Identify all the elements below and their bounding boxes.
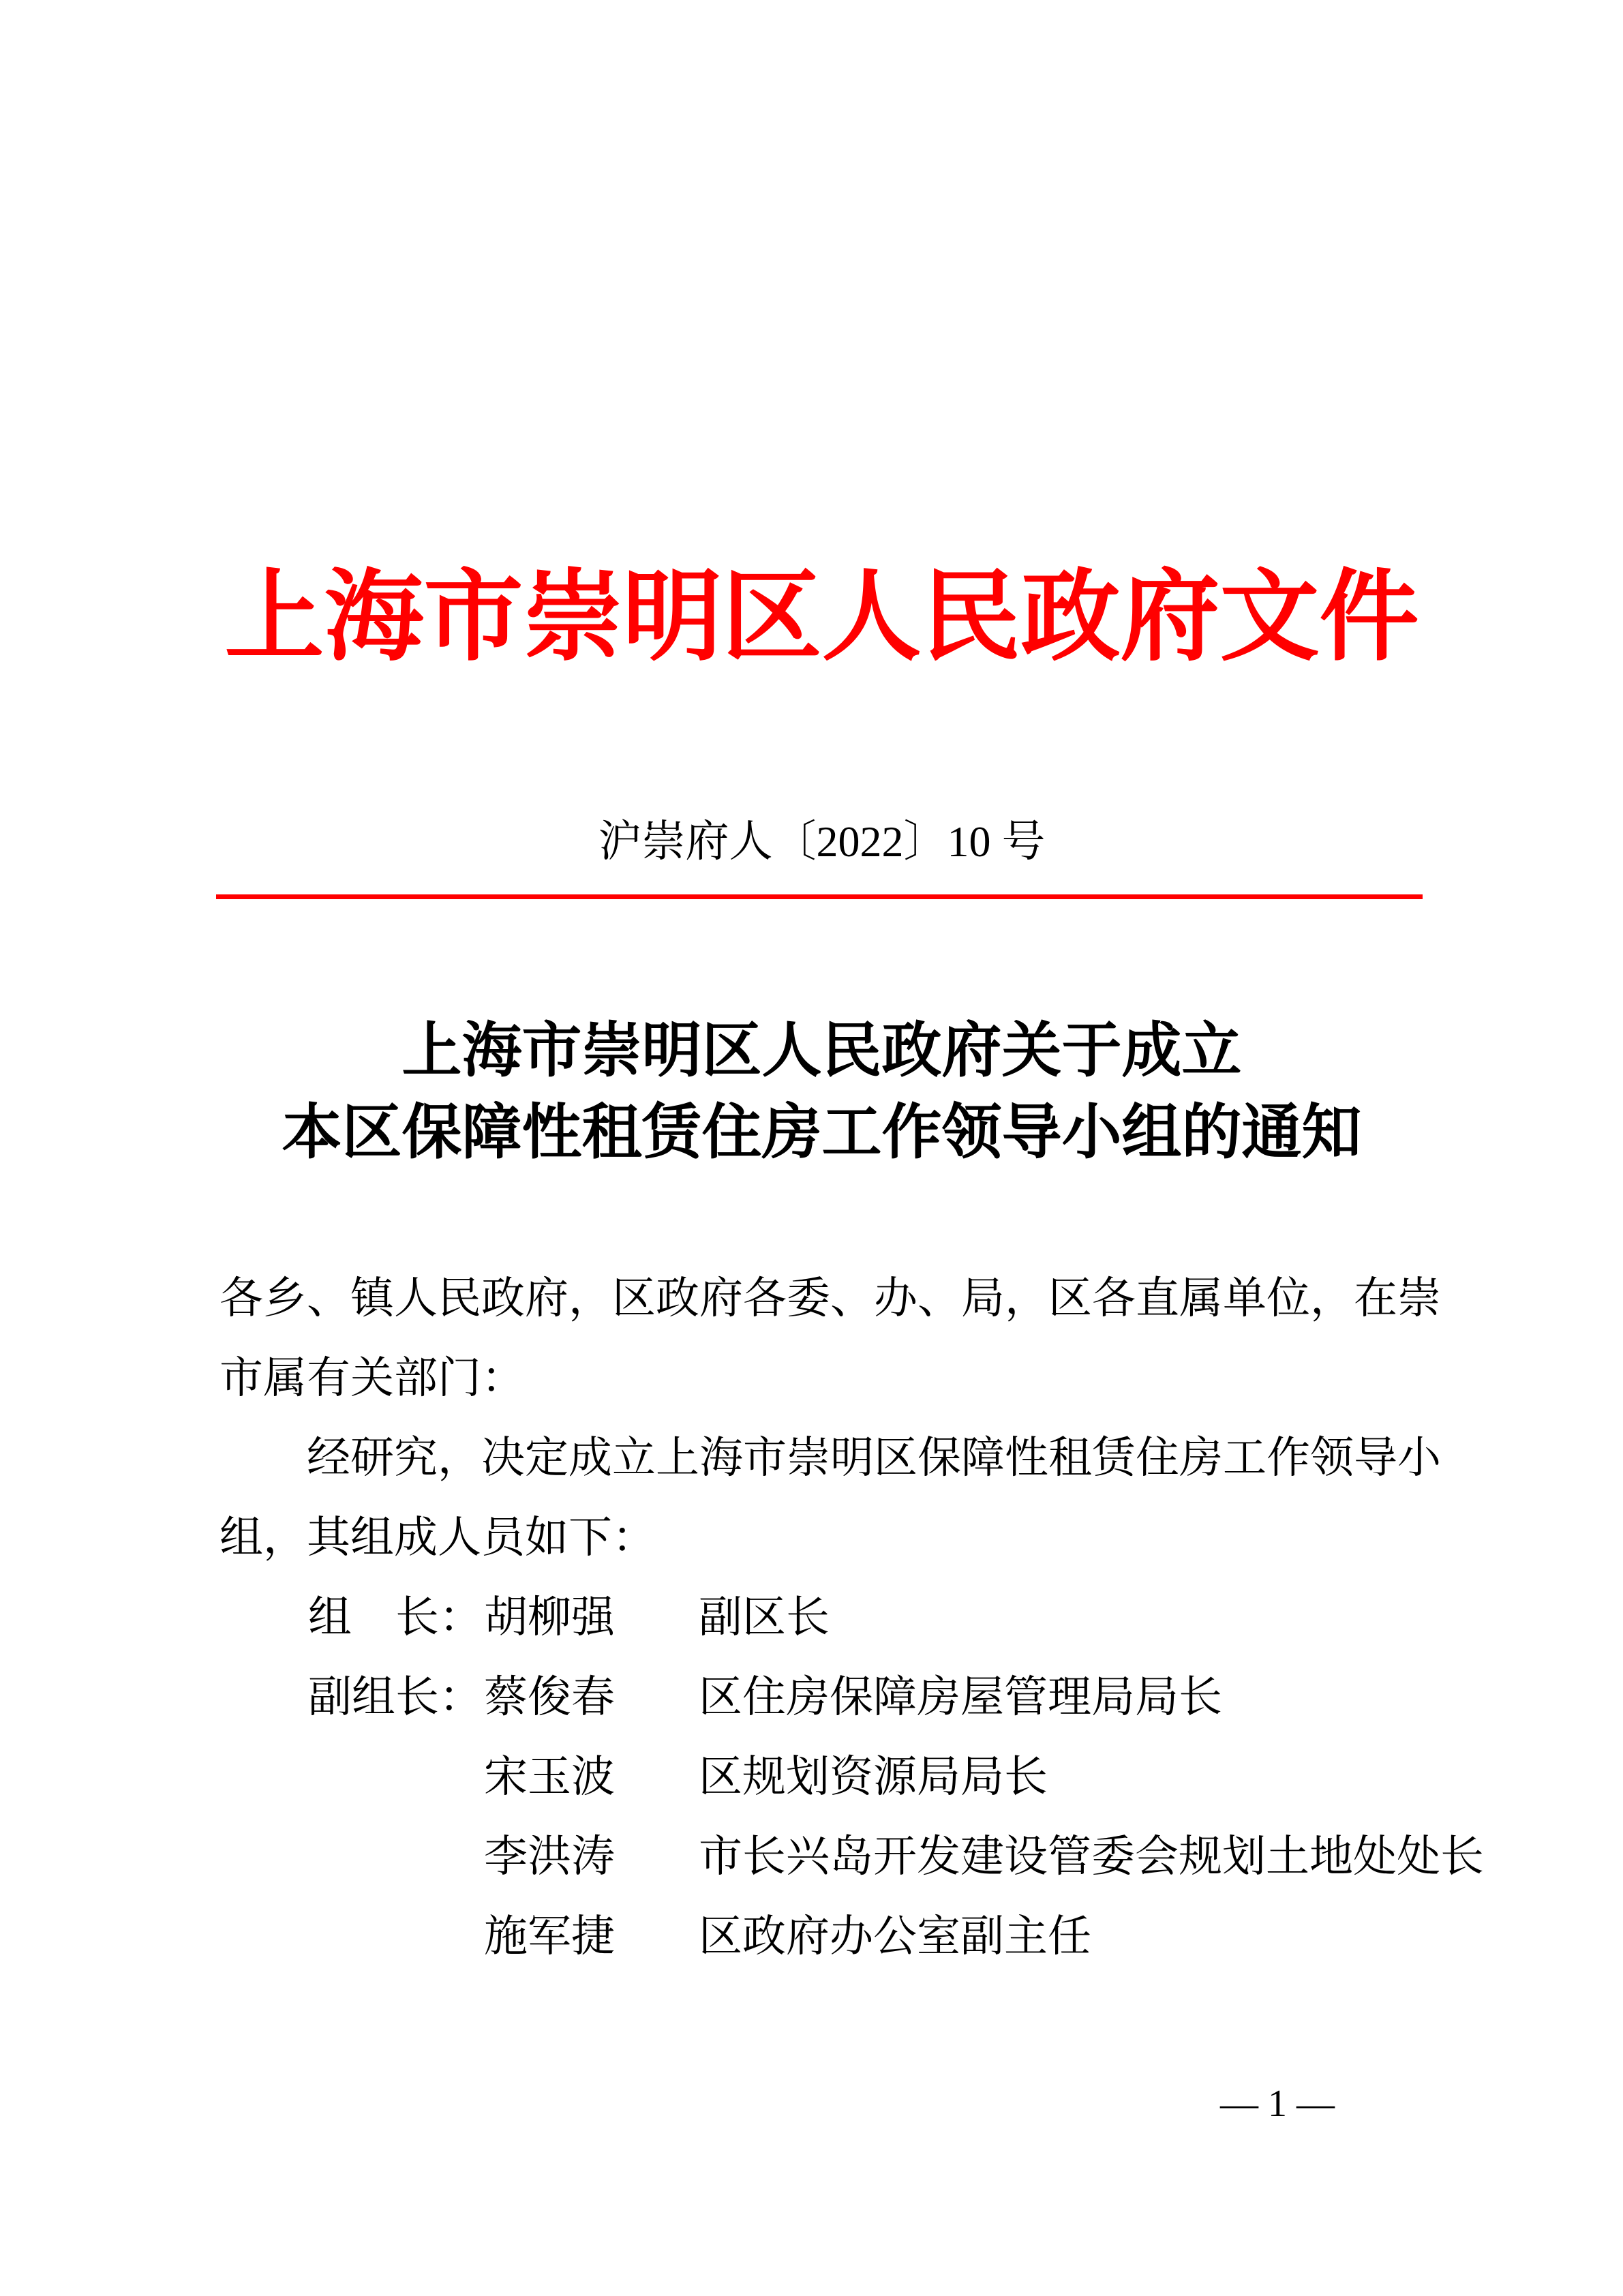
roster-name: 施军捷 (484, 1897, 615, 1976)
roster-name: 宋玉波 (484, 1737, 615, 1817)
roster-duty: 区政府办公室副主任 (699, 1897, 1091, 1976)
roster-duty: 副区长 (699, 1577, 830, 1657)
roster-row: 李洪涛 市长兴岛开发建设管委会规划土地处处长 (219, 1817, 1441, 1897)
document-body: 各乡、镇人民政府，区政府各委、办、局，区各直属单位，在崇 市属有关部门： 经研究… (219, 1258, 1441, 1976)
roster-role: 组 长： (308, 1577, 483, 1657)
roster-name: 李洪涛 (484, 1817, 615, 1897)
document-title-line2: 本区保障性租赁住房工作领导小组的通知 (207, 1093, 1437, 1175)
intro-line-1: 经研究，决定成立上海市崇明区保障性租赁住房工作领导小 (219, 1418, 1441, 1498)
roster-name: 胡柳强 (484, 1577, 615, 1657)
roster-role: 副组长： (308, 1657, 483, 1737)
page-number: — 1 — (1220, 2079, 1335, 2128)
intro-line-2: 组，其组成人员如下： (219, 1498, 1441, 1577)
roster-row: 副组长： 蔡俊春 区住房保障房屋管理局局长 (219, 1657, 1441, 1737)
roster-duty: 市长兴岛开发建设管委会规划土地处处长 (699, 1817, 1484, 1897)
roster-row: 组 长： 胡柳强 副区长 (219, 1577, 1441, 1657)
roster-row: 施军捷 区政府办公室副主任 (219, 1897, 1441, 1976)
roster-name: 蔡俊春 (484, 1657, 615, 1737)
document-title: 上海市崇明区人民政府关于成立 本区保障性租赁住房工作领导小组的通知 (207, 1011, 1437, 1175)
letterhead-title: 上海市崇明区人民政府文件 (207, 562, 1437, 674)
document-title-line1: 上海市崇明区人民政府关于成立 (207, 1011, 1437, 1093)
document-page: 上海市崇明区人民政府文件 沪崇府人〔2022〕10 号 上海市崇明区人民政府关于… (0, 0, 1623, 2296)
salutation-line-2: 市属有关部门： (219, 1338, 1441, 1418)
roster-duty: 区规划资源局局长 (699, 1737, 1048, 1817)
salutation-line-1: 各乡、镇人民政府，区政府各委、办、局，区各直属单位，在崇 (219, 1258, 1441, 1338)
roster-duty: 区住房保障房屋管理局局长 (699, 1657, 1222, 1737)
document-number: 沪崇府人〔2022〕10 号 (207, 818, 1437, 866)
letterhead-divider-rule (216, 894, 1423, 899)
roster-row: 宋玉波 区规划资源局局长 (219, 1737, 1441, 1817)
